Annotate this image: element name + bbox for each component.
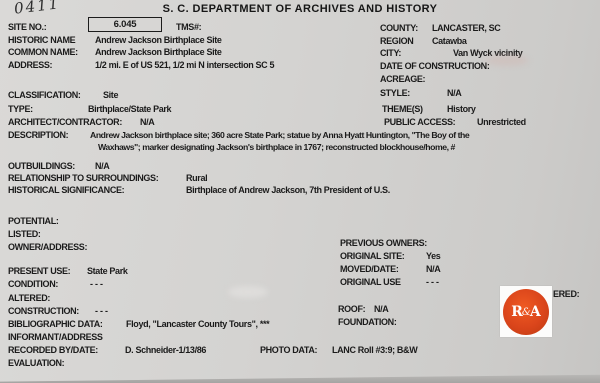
original-use-value: ---	[426, 277, 441, 287]
architect-contractor-value: N/A	[140, 117, 154, 127]
archives-survey-form: S. C. DEPARTMENT OF ARCHIVES AND HISTORY…	[0, 0, 600, 383]
scan-smudge	[228, 286, 268, 298]
outbuildings-label: OUTBUILDINGS:	[8, 161, 75, 171]
informant-address-label: INFORMANT/ADDRESS	[8, 332, 103, 342]
bibliographic-data-value: Floyd, "Lancaster County Tours", ***	[126, 319, 269, 329]
classification-value: Site	[103, 90, 118, 100]
original-use-label: ORIGINAL USE	[340, 277, 401, 287]
acreage-label: ACREAGE:	[380, 74, 425, 84]
relationship-value: Rural	[186, 173, 207, 183]
construction-label: CONSTRUCTION:	[8, 306, 79, 316]
region-label: REGION	[380, 36, 413, 46]
condition-value: ---	[90, 279, 105, 289]
style-value: N/A	[447, 88, 461, 98]
bibliographic-data-label: BIBLIOGRAPHIC DATA:	[8, 319, 103, 329]
moved-date-label: MOVED/DATE:	[340, 264, 398, 274]
county-label: COUNTY:	[380, 23, 418, 33]
outbuildings-value: N/A	[95, 161, 109, 171]
description-line1: Andrew Jackson birthplace site; 360 acre…	[90, 130, 469, 140]
classification-label: CLASSIFICATION:	[8, 90, 81, 100]
potential-label: POTENTIAL:	[8, 216, 59, 226]
altered-label: ALTERED:	[8, 293, 50, 303]
previous-owners-label: PREVIOUS OWNERS:	[340, 238, 427, 248]
style-label: STYLE:	[380, 88, 410, 98]
themes-label: THEME(S)	[382, 104, 423, 114]
address-value: 1/2 mi. E of US 521, 1/2 mi N intersecti…	[95, 60, 274, 70]
architect-contractor-label: ARCHITECT/CONTRACTOR:	[8, 117, 122, 127]
ra-logo-ampersand: &	[522, 308, 531, 318]
description-line2: Waxhaws"; marker designating Jackson's b…	[98, 142, 455, 152]
endangered-partial-label: ERED:	[553, 289, 579, 299]
type-value: Birthplace/State Park	[88, 104, 171, 114]
city-label: CITY:	[380, 48, 401, 58]
themes-value: History	[447, 104, 476, 114]
description-label: DESCRIPTION:	[8, 130, 68, 140]
photo-data-value: LANC Roll #3:9; B&W	[332, 345, 417, 355]
present-use-label: PRESENT USE:	[8, 266, 70, 276]
roof-value: N/A	[374, 304, 388, 314]
listed-label: LISTED:	[8, 229, 41, 239]
condition-label: CONDITION:	[8, 279, 58, 289]
roof-label: ROOF:	[338, 304, 365, 314]
historical-significance-label: HISTORICAL SIGNIFICANCE:	[8, 185, 124, 195]
paper-edge	[0, 374, 600, 383]
recorded-by-date-label: RECORDED BY/DATE:	[8, 345, 98, 355]
county-value: LANCASTER, SC	[432, 23, 500, 33]
public-access-value: Unrestricted	[477, 117, 526, 127]
tms-label: TMS#:	[176, 22, 201, 32]
ra-logo-letter-a: A	[530, 305, 541, 319]
common-name-label: COMMON NAME:	[8, 47, 78, 57]
handwritten-number: 0411	[14, 0, 61, 14]
scan-smudge	[486, 55, 528, 66]
moved-date-value: N/A	[426, 264, 440, 274]
original-site-value: Yes	[426, 251, 440, 261]
historic-name-value: Andrew Jackson Birthplace Site	[95, 35, 222, 45]
address-label: ADDRESS:	[8, 60, 52, 70]
present-use-value: State Park	[87, 266, 128, 276]
ra-logo-circle: R & A	[503, 289, 549, 335]
recorded-by-date-value: D. Schneider-1/13/86	[125, 345, 206, 355]
page-title: S. C. DEPARTMENT OF ARCHIVES AND HISTORY	[0, 4, 600, 14]
construction-value: ---	[95, 306, 110, 316]
site-no-box: 6.045	[88, 17, 162, 32]
region-value: Catawba	[432, 36, 467, 46]
site-no-value: 6.045	[114, 19, 137, 30]
date-of-construction-label: DATE OF CONSTRUCTION:	[380, 61, 489, 71]
original-site-label: ORIGINAL SITE:	[340, 251, 404, 261]
common-name-value: Andrew Jackson Birthplace Site	[95, 47, 222, 57]
photo-data-label: PHOTO DATA:	[260, 345, 317, 355]
historical-significance-value: Birthplace of Andrew Jackson, 7th Presid…	[186, 185, 390, 195]
public-access-label: PUBLIC ACCESS:	[384, 117, 455, 127]
owner-address-label: OWNER/ADDRESS:	[8, 242, 87, 252]
site-no-label: SITE NO.:	[8, 22, 46, 32]
historic-name-label: HISTORIC NAME	[8, 35, 75, 45]
foundation-label: FOUNDATION:	[338, 317, 396, 327]
type-label: TYPE:	[8, 104, 33, 114]
ra-watermark-logo: R & A	[500, 286, 552, 337]
evaluation-label: EVALUATION:	[8, 358, 64, 368]
relationship-label: RELATIONSHIP TO SURROUNDINGS:	[8, 173, 158, 183]
